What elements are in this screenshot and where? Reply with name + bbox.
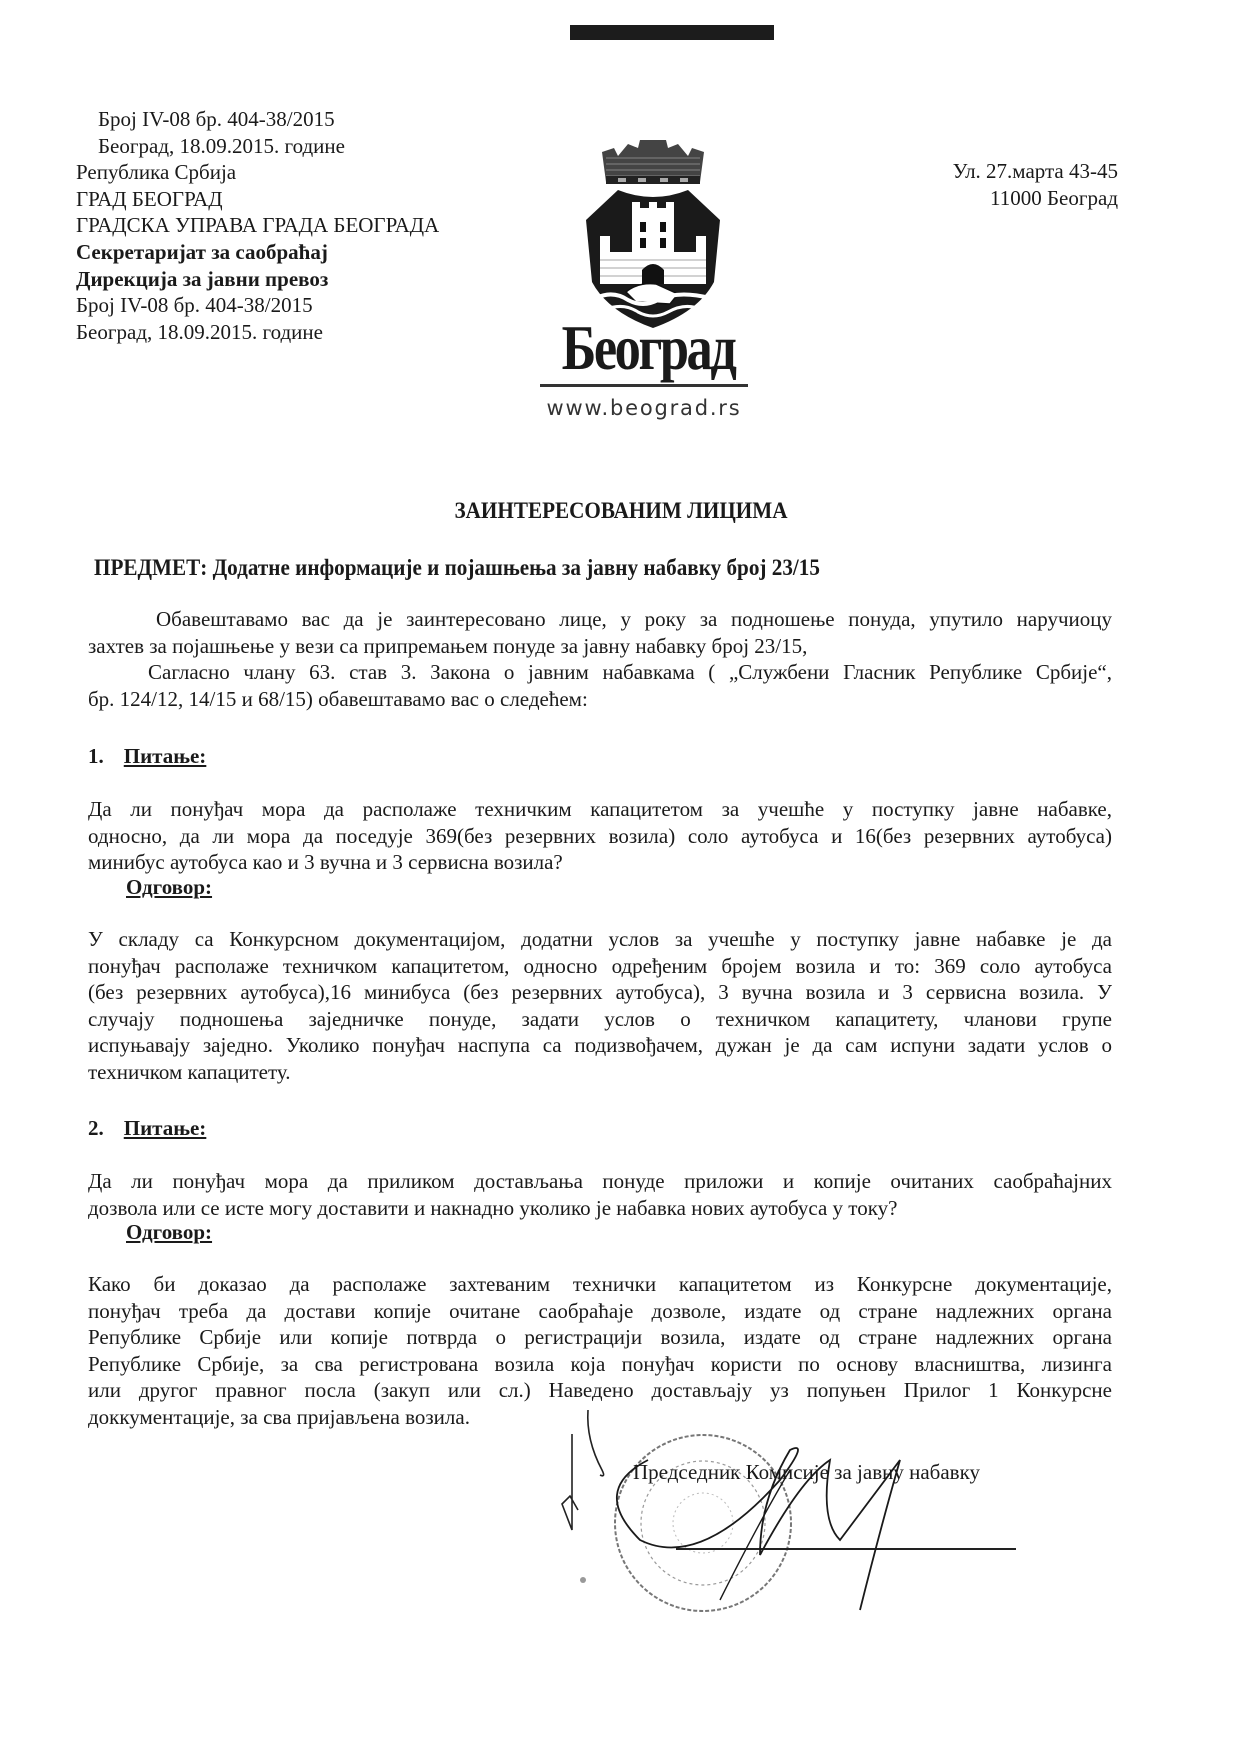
handwritten-signature-icon [0, 0, 1242, 1752]
